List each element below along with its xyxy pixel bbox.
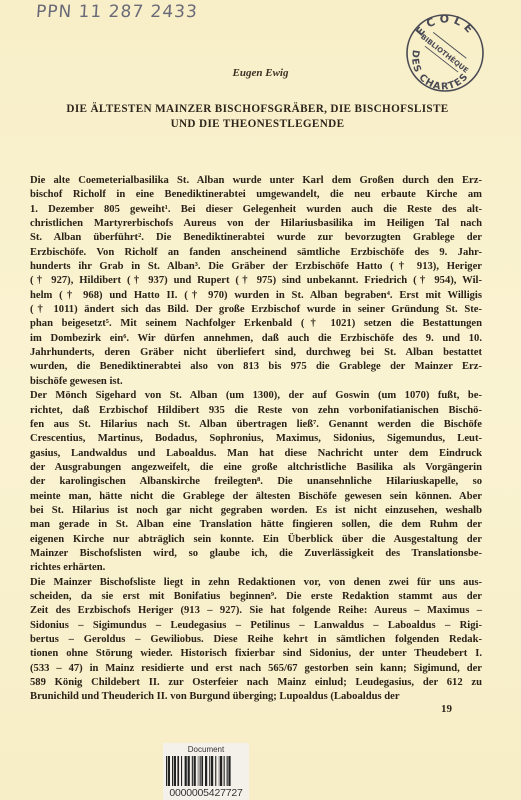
text-line: scheiden, da sie erst mit Bonifatius beg… [30, 590, 482, 604]
barcode-icon [166, 756, 246, 786]
text-line: phan beigesetzt⁵. Mit seinem Nachfolger … [30, 317, 482, 331]
text-line: der Ausgrabungen angezweifelt, die eine … [30, 461, 482, 475]
text-line: wurden, die Benediktinerabtei also von 8… [30, 360, 482, 374]
text-line: richtet, daß Erzbischof Hildibert 935 di… [30, 404, 482, 418]
text-line: helm († 968) und Hatto II. († 970) wurde… [30, 289, 482, 303]
text-line: Die Mainzer Bischofsliste liegt in zehn … [30, 576, 482, 590]
text-line: St. Alban überführt². Die Benediktinerab… [30, 231, 482, 245]
text-line: der karolingischen Albanskirche freilegt… [30, 475, 482, 489]
text-line: bertus – Geroldus – Gewiliobus. Diese Re… [30, 633, 482, 647]
barcode-label-text: Document [163, 745, 249, 754]
text-line: Crescentius, Martinus, Bodadus, Sophroni… [30, 432, 482, 446]
text-line: Erzbischöfe. Von Richolf an fanden ansch… [30, 246, 482, 260]
text-line: eigenen Kirche nur abträglich sein konnt… [30, 533, 482, 547]
text-line: (533 – 47) in Mainz residierte und erst … [30, 662, 482, 676]
text-line: gasius, Landwaldus und Laboaldus. Man ha… [30, 447, 482, 461]
text-line: Der Mönch Sigehard von St. Alban (um 130… [30, 389, 482, 403]
text-line: fen aus St. Hilarius nach St. Alban über… [30, 418, 482, 432]
text-line: im Dombezirk ein⁶. Wir dürfen annehmen, … [30, 332, 482, 346]
text-line: bischöfe gewesen ist. [30, 375, 482, 389]
text-line: Brunichild und Theuderich II. von Burgun… [30, 690, 482, 704]
body-text: Die alte Coemeterialbasilika St. Alban w… [30, 174, 482, 705]
title-line: UND DIE THEONESTLEGENDE [30, 117, 485, 132]
text-line: bischof Richolf in eine Benediktinerabte… [30, 188, 482, 202]
text-line: Jahrhunderts, deren Gräber nicht überlie… [30, 346, 482, 360]
text-line: man gerade in St. Alban eine Translation… [30, 518, 482, 532]
article-title: DIE ÄLTESTEN MAINZER BISCHOFSGRÄBER, DIE… [30, 102, 485, 132]
text-line: Sidonius – Sigimundus – Leudegasius – Pe… [30, 619, 482, 633]
text-line: tionen ohne Störung wieder. Historisch f… [30, 647, 482, 661]
page-number: 19 [441, 703, 452, 715]
text-line: hunderts ihr Grab in St. Alban³. Die Grä… [30, 260, 482, 274]
text-line: meinte man, hätte nicht die Grablege der… [30, 490, 482, 504]
text-line: christlichen Martyrerbischofs Aureus von… [30, 217, 482, 231]
library-stamp-icon: ECOLE DES CHARTES BIBLIOTHÈQUE [404, 12, 486, 94]
text-line: 1. Dezember 805 geweiht¹. Bei dieser Gel… [30, 203, 482, 217]
scanned-page: PPN 11 287 2433 ECOLE DES CHARTES BIBLIO… [0, 0, 521, 800]
text-line: Mainzer Bischofslisten wird, so glaube i… [30, 547, 482, 561]
barcode-sticker: Document 0000005427727 [163, 743, 249, 800]
handwritten-shelfmark: PPN 11 287 2433 [35, 2, 198, 22]
text-line: († 927), Hildibert († 937) und Rupert (†… [30, 274, 482, 288]
author-name: Eugen Ewig [0, 67, 521, 79]
title-line: DIE ÄLTESTEN MAINZER BISCHOFSGRÄBER, DIE… [30, 102, 485, 117]
text-line: Zeit des Erzbischofs Heriger (913 – 927)… [30, 604, 482, 618]
text-line: Die alte Coemeterialbasilika St. Alban w… [30, 174, 482, 188]
text-line: 589 König Childebert II. zur Osterfeier … [30, 676, 482, 690]
text-line: bei St. Hilarius ist noch gar nicht gegr… [30, 504, 482, 518]
text-line: richtes erhärten. [30, 561, 482, 575]
text-line: († 1011) ändert sich das Bild. Der große… [30, 303, 482, 317]
barcode-number: 0000005427727 [163, 787, 249, 799]
